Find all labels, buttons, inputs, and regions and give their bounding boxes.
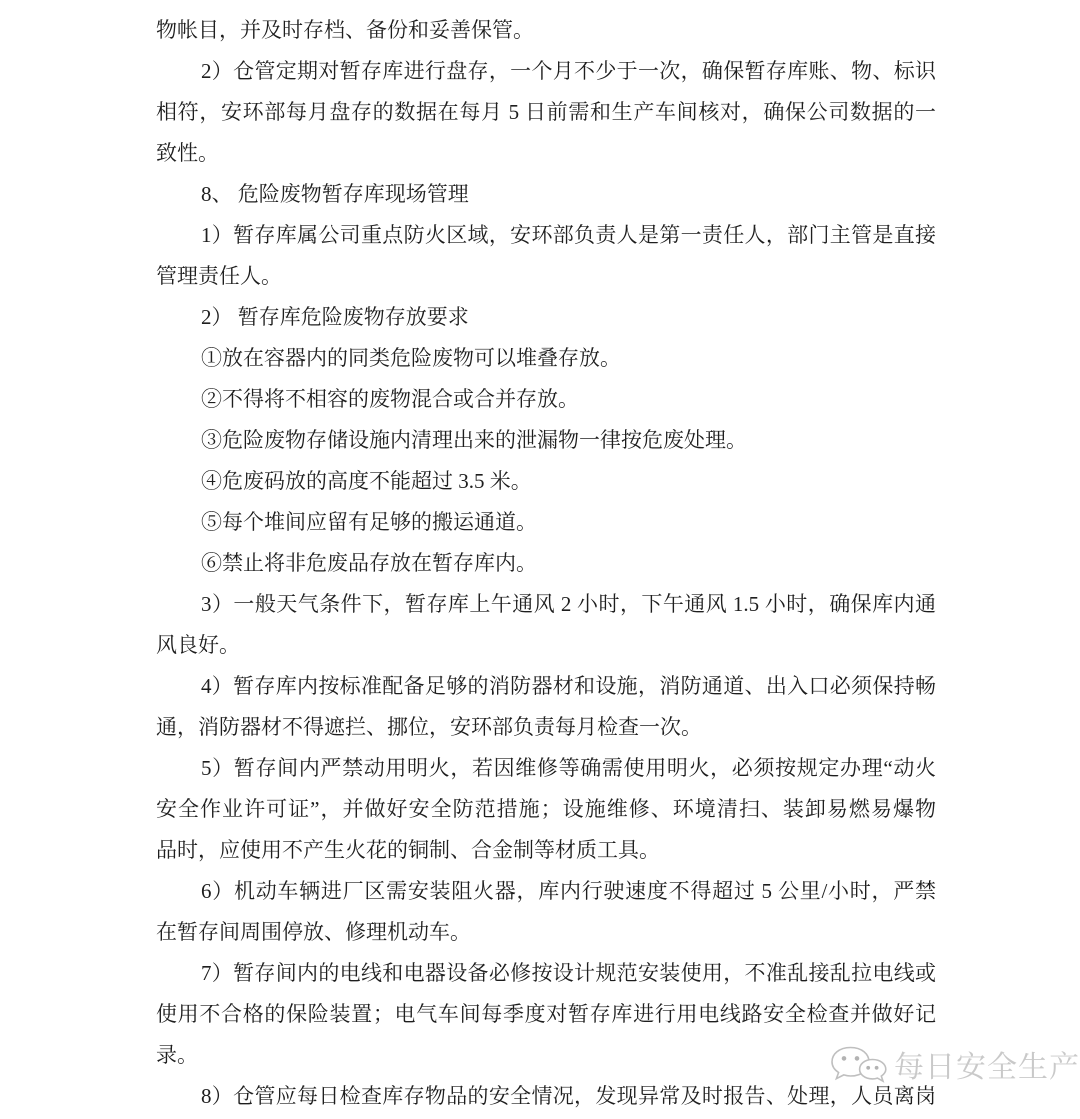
text-line: ④危废码放的高度不能超过 3.5 米。 [156, 461, 936, 502]
text-line: 风良好。 [156, 625, 936, 666]
text-line: ①放在容器内的同类危险废物可以堆叠存放。 [156, 338, 936, 379]
text-line: 2） 暂存库危险废物存放要求 [156, 297, 936, 338]
text-line: 4）暂存库内按标准配备足够的消防器材和设施，消防通道、出入口必须保持畅 [156, 666, 936, 707]
text-line: 3）一般天气条件下，暂存库上午通风 2 小时，下午通风 1.5 小时，确保库内通 [156, 584, 936, 625]
text-line: 2）仓管定期对暂存库进行盘存，一个月不少于一次，确保暂存库账、物、标识 [156, 51, 936, 92]
text-line: 在暂存间周围停放、修理机动车。 [156, 912, 936, 953]
text-line: 品时，应使用不产生火花的铜制、合金制等材质工具。 [156, 830, 936, 871]
text-line: 致性。 [156, 133, 936, 174]
text-line: 安全作业许可证”，并做好安全防范措施；设施维修、环境清扫、装卸易燃易爆物 [156, 789, 936, 830]
text-line: 管理责任人。 [156, 256, 936, 297]
text-line: ②不得将不相容的废物混合或合并存放。 [156, 379, 936, 420]
text-line: 录。 [156, 1035, 936, 1076]
text-line: 相符，安环部每月盘存的数据在每月 5 日前需和生产车间核对，确保公司数据的一 [156, 92, 936, 133]
text-line: 5）暂存间内严禁动用明火，若因维修等确需使用明火，必须按规定办理“动火 [156, 748, 936, 789]
text-line: ⑤每个堆间应留有足够的搬运通道。 [156, 502, 936, 543]
text-line: 8）仓管应每日检查库存物品的安全情况，发现异常及时报告、处理，人员离岗 [156, 1076, 936, 1117]
text-line: ⑥禁止将非危废品存放在暂存库内。 [156, 543, 936, 584]
text-line: 6）机动车辆进厂区需安装阻火器，库内行驶速度不得超过 5 公里/小时，严禁 [156, 871, 936, 912]
text-line: 使用不合格的保险装置；电气车间每季度对暂存库进行用电线路安全检查并做好记 [156, 994, 936, 1035]
text-line: 通，消防器材不得遮拦、挪位，安环部负责每月检查一次。 [156, 707, 936, 748]
text-line: 物帐目，并及时存档、备份和妥善保管。 [156, 10, 936, 51]
text-line: ③危险废物存储设施内清理出来的泄漏物一律按危废处理。 [156, 420, 936, 461]
text-line: 1）暂存库属公司重点防火区域，安环部负责人是第一责任人，部门主管是直接 [156, 215, 936, 256]
text-line: 8、 危险废物暂存库现场管理 [156, 174, 936, 215]
text-line: 7）暂存间内的电线和电器设备必修按设计规范安装使用，不准乱接乱拉电线或 [156, 953, 936, 994]
document-body: 物帐目，并及时存档、备份和妥善保管。2）仓管定期对暂存库进行盘存，一个月不少于一… [156, 10, 936, 1117]
